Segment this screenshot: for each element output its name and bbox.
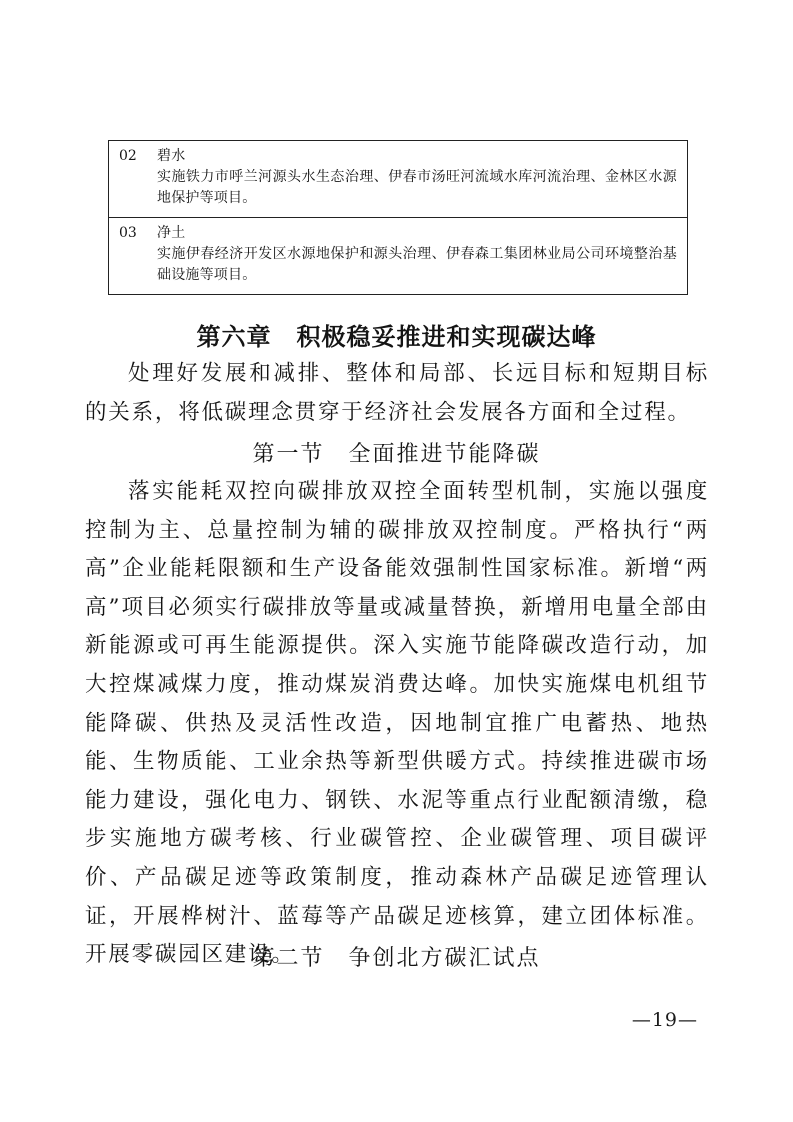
row-content: 碧水 实施铁力市呼兰河源头水生态治理、伊春市汤旺河流域水库河流治理、金林区水源地… bbox=[157, 146, 677, 209]
section-1-heading: 第一节 全面推进节能降碳 bbox=[0, 437, 793, 468]
page-number: —19— bbox=[632, 1009, 698, 1031]
section-2-heading: 第二节 争创北方碳汇试点 bbox=[0, 941, 793, 972]
table-row: 02 碧水 实施铁力市呼兰河源头水生态治理、伊春市汤旺河流域水库河流治理、金林区… bbox=[109, 141, 687, 217]
table-row: 03 净土 实施伊春经济开发区水源地保护和源头治理、伊春森工集团林业局公司环境整… bbox=[109, 217, 687, 294]
row-id: 02 bbox=[119, 146, 157, 209]
chapter-title: 第六章 积极稳妥推进和实现碳达峰 bbox=[0, 317, 793, 352]
row-description: 实施伊春经济开发区水源地保护和源头治理、伊春森工集团林业局公司环境整治基础设施等… bbox=[157, 244, 677, 286]
row-title: 碧水 bbox=[157, 146, 677, 167]
row-description: 实施铁力市呼兰河源头水生态治理、伊春市汤旺河流域水库河流治理、金林区水源地保护等… bbox=[157, 167, 677, 209]
row-content: 净土 实施伊春经济开发区水源地保护和源头治理、伊春森工集团林业局公司环境整治基础… bbox=[157, 223, 677, 286]
document-page: 02 碧水 实施铁力市呼兰河源头水生态治理、伊春市汤旺河流域水库河流治理、金林区… bbox=[0, 0, 793, 1122]
row-id: 03 bbox=[119, 223, 157, 286]
project-table: 02 碧水 实施铁力市呼兰河源头水生态治理、伊春市汤旺河流域水库河流治理、金林区… bbox=[108, 140, 688, 295]
chapter-intro: 处理好发展和减排、整体和局部、长远目标和短期目标的关系，将低碳理念贯穿于经济社会… bbox=[85, 355, 709, 432]
row-title: 净土 bbox=[157, 223, 677, 244]
section-1-body: 落实能耗双控向碳排放双控全面转型机制，实施以强度控制为主、总量控制为辅的碳排放双… bbox=[85, 473, 709, 975]
